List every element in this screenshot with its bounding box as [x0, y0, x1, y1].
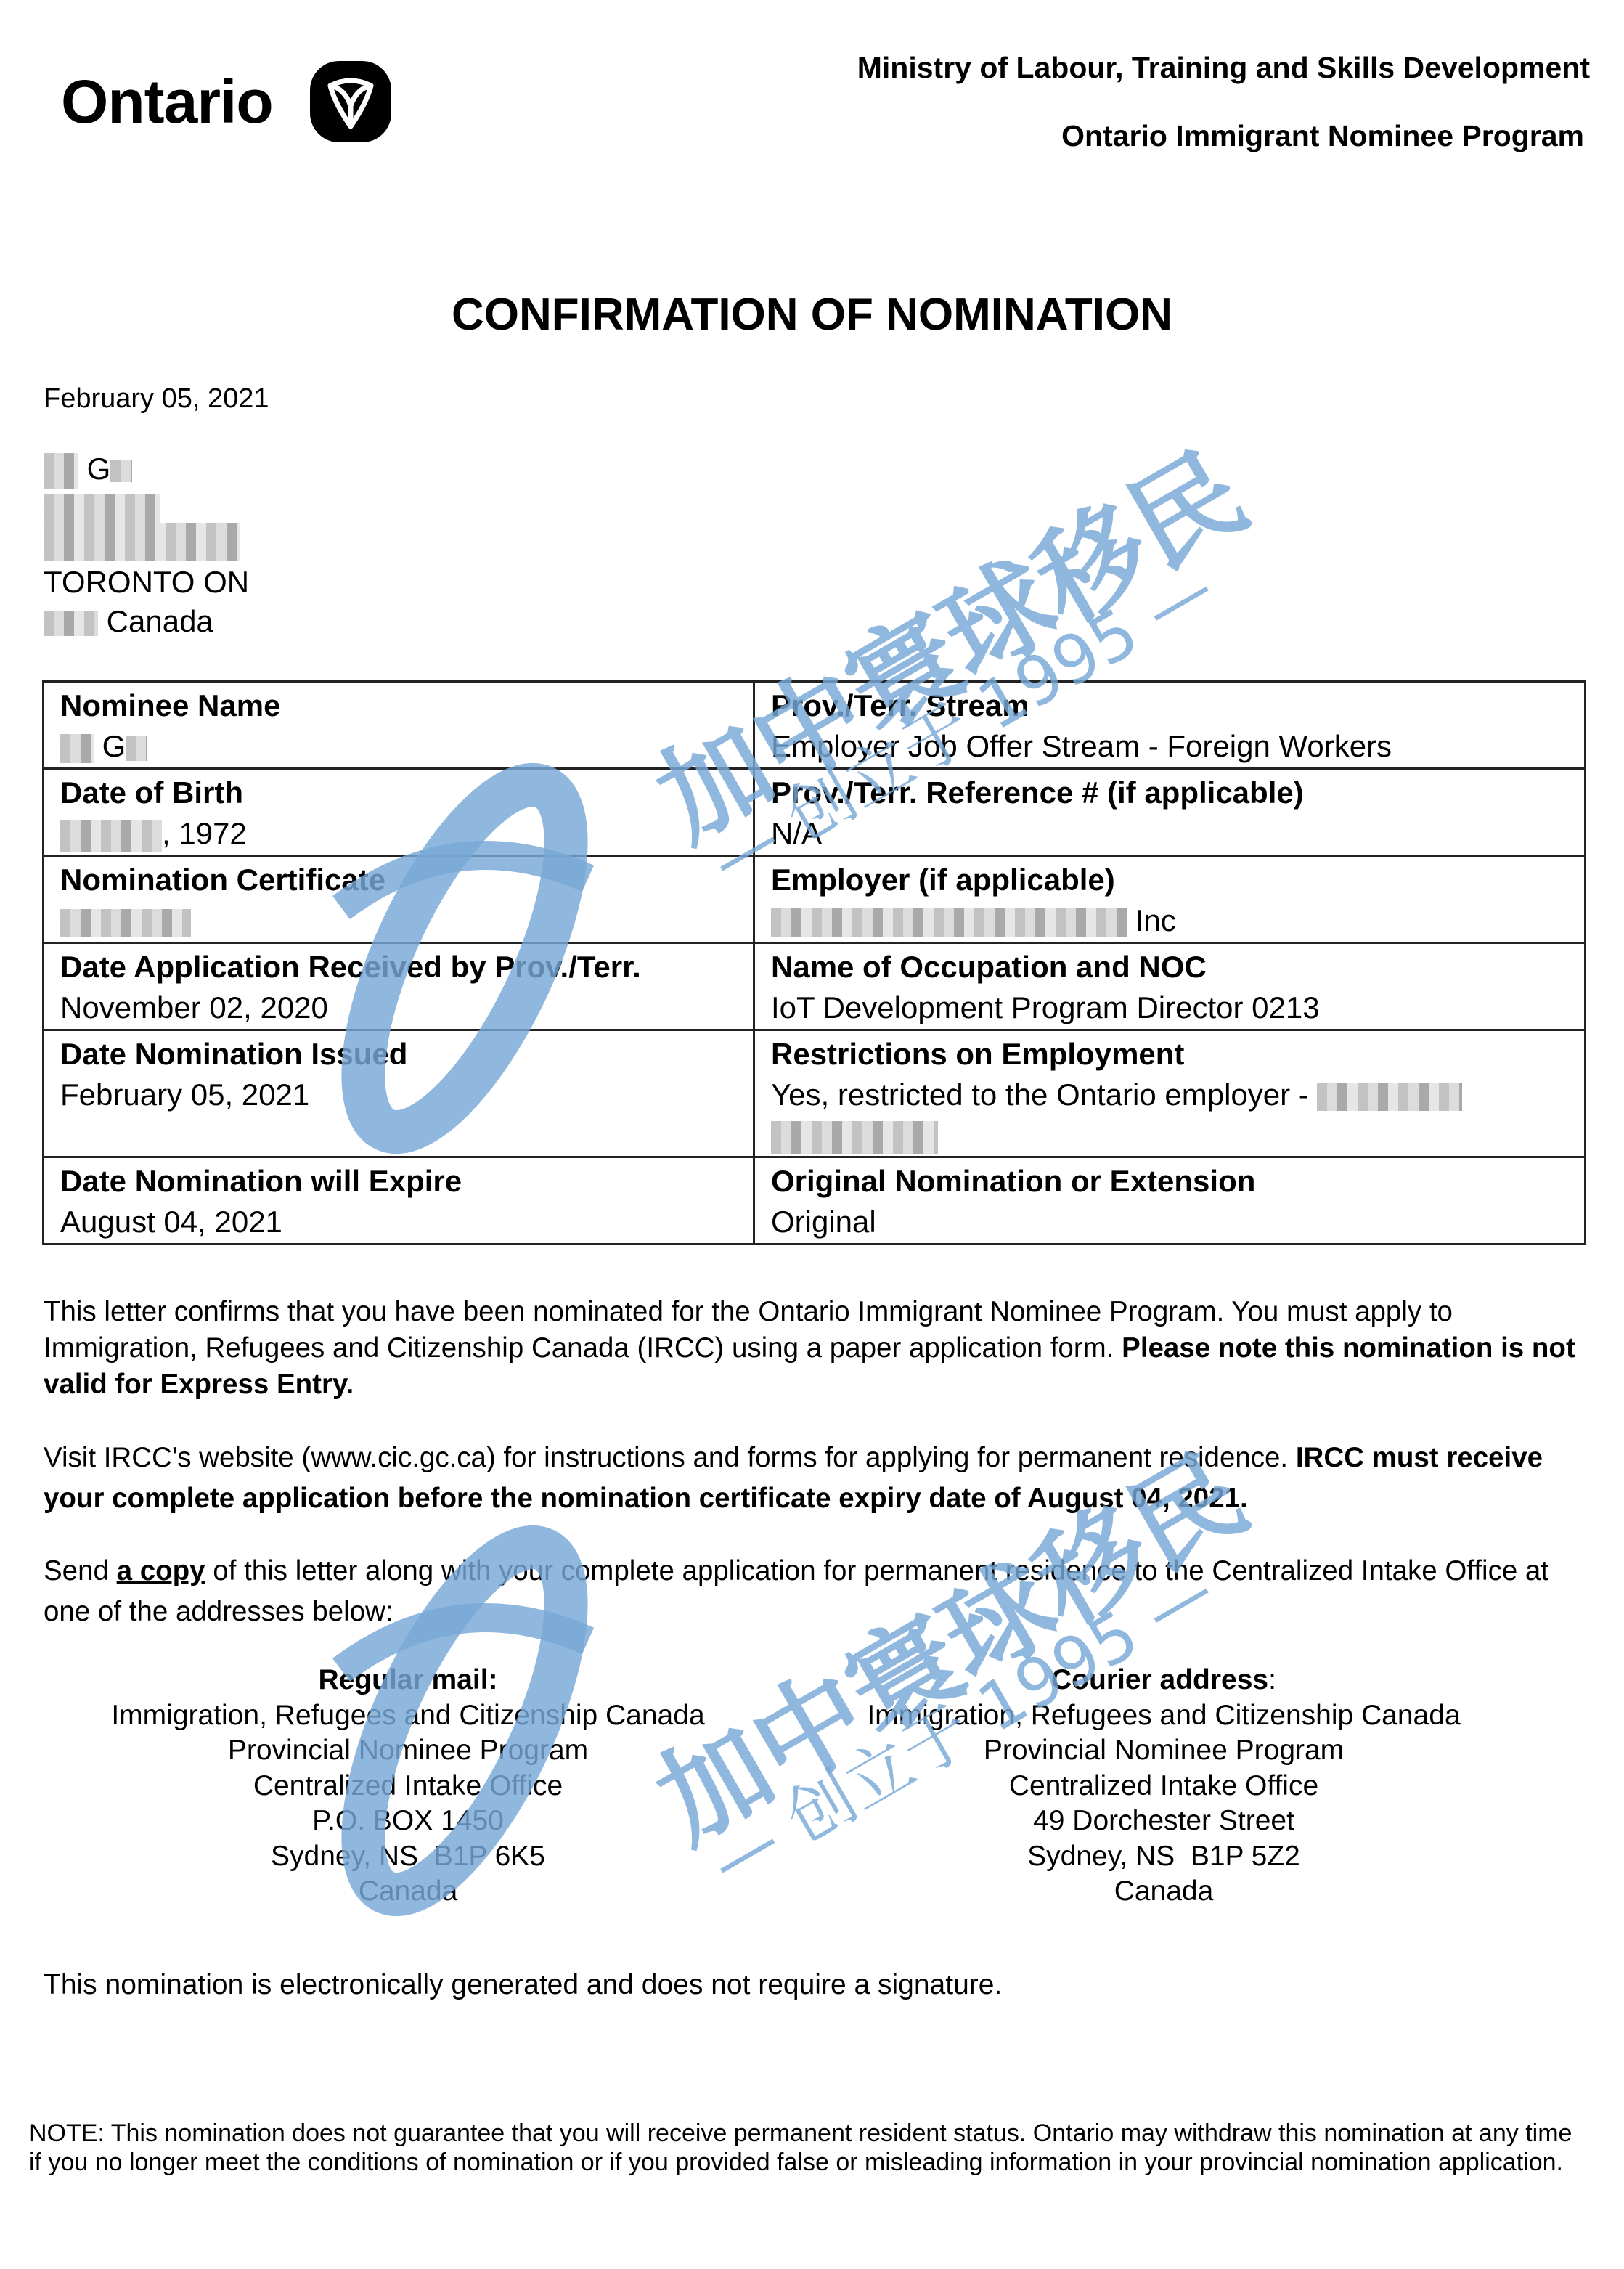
document-title: CONFIRMATION OF NOMINATION: [0, 289, 1624, 341]
ministry-name: Ministry of Labour, Training and Skills …: [857, 51, 1590, 85]
address-line: Immigration, Refugees and Citizenship Ca…: [30, 1698, 786, 1734]
original-or-extension-label: Original Nomination or Extension: [771, 1161, 1568, 1202]
date-of-birth-label: Date of Birth: [60, 773, 737, 813]
nomination-certificate-value: [60, 900, 737, 941]
confirmation-paragraph: This letter confirms that you have been …: [44, 1294, 1583, 1403]
table-row: Date of Birth , 1972 Prov./Terr. Referen…: [44, 769, 1586, 856]
nomination-certificate-label: Nomination Certificate: [60, 860, 737, 900]
redacted-address-line: [44, 494, 160, 523]
table-cell: Date Application Received by Prov./Terr.…: [44, 943, 754, 1030]
nominee-name-label: Nominee Name: [60, 685, 737, 726]
redacted-block: [110, 460, 132, 482]
ontario-logo-text: Ontario: [61, 71, 273, 132]
recipient-country-line: Canada: [44, 604, 213, 639]
nominee-name-value: G: [60, 726, 737, 767]
date-of-birth-value: , 1972: [60, 813, 737, 854]
table-cell: Original Nomination or Extension Origina…: [754, 1157, 1586, 1245]
a-copy-emphasis: a copy: [117, 1555, 205, 1586]
redacted-block: [44, 611, 98, 636]
recipient-name-visible: G: [87, 452, 111, 486]
address-line: Provincial Nominee Program: [30, 1733, 786, 1769]
table-cell: Employer (if applicable) Inc: [754, 856, 1586, 943]
employer-label: Employer (if applicable): [771, 860, 1568, 900]
regular-mail-address: Regular mail: Immigration, Refugees and …: [30, 1663, 786, 1910]
regular-mail-heading: Regular mail:: [30, 1663, 786, 1698]
table-cell: Prov./Terr. Reference # (if applicable) …: [754, 769, 1586, 856]
ontario-trillium-icon: [309, 60, 393, 144]
address-line: Centralized Intake Office: [786, 1769, 1541, 1804]
redacted-block: [44, 453, 78, 489]
recipient-country: Canada: [107, 604, 213, 638]
address-line: Provincial Nominee Program: [786, 1733, 1541, 1769]
address-line: Canada: [786, 1874, 1541, 1910]
table-cell: Name of Occupation and NOC IoT Developme…: [754, 943, 1586, 1030]
restrictions-label: Restrictions on Employment: [771, 1034, 1568, 1075]
table-cell: Date Nomination Issued February 05, 2021: [44, 1030, 754, 1157]
table-cell: Nomination Certificate: [44, 856, 754, 943]
ircc-instructions-paragraph: Visit IRCC's website (www.cic.gc.ca) for…: [44, 1438, 1583, 1519]
table-cell: Nominee Name G: [44, 682, 754, 769]
table-row: Nomination Certificate Employer (if appl…: [44, 856, 1586, 943]
table-cell: Prov./Terr. Stream Employer Job Offer St…: [754, 682, 1586, 769]
electronic-signature-note: This nomination is electronically genera…: [44, 1969, 1002, 2001]
table-cell: Date Nomination will Expire August 04, 2…: [44, 1157, 754, 1245]
courier-heading: Courier address: [1051, 1664, 1268, 1695]
date-nomination-issued-label: Date Nomination Issued: [60, 1034, 737, 1075]
address-line: 49 Dorchester Street: [786, 1804, 1541, 1839]
occupation-noc-label: Name of Occupation and NOC: [771, 947, 1568, 987]
recipient-name: G: [44, 452, 132, 489]
date-nomination-expire-label: Date Nomination will Expire: [60, 1161, 737, 1202]
stream-label: Prov./Terr. Stream: [771, 685, 1568, 726]
legal-note: NOTE: This nomination does not guarantee…: [29, 2119, 1590, 2177]
date-nomination-issued-value: February 05, 2021: [60, 1075, 737, 1115]
redacted-address-line: [44, 523, 240, 561]
address-line: Centralized Intake Office: [30, 1769, 786, 1804]
date-application-received-label: Date Application Received by Prov./Terr.: [60, 947, 737, 987]
program-name: Ontario Immigrant Nominee Program: [1061, 119, 1584, 153]
original-or-extension-value: Original: [771, 1202, 1568, 1242]
courier-address: Courier address: Immigration, Refugees a…: [786, 1663, 1541, 1910]
occupation-noc-value: IoT Development Program Director 0213: [771, 987, 1568, 1028]
table-row: Date Application Received by Prov./Terr.…: [44, 943, 1586, 1030]
restrictions-value: Yes, restricted to the Ontario employer …: [771, 1075, 1568, 1156]
address-line: Sydney, NS B1P 5Z2: [786, 1839, 1541, 1875]
stream-value: Employer Job Offer Stream - Foreign Work…: [771, 726, 1568, 767]
table-row: Nominee Name G Prov./Terr. Stream Employ…: [44, 682, 1586, 769]
table-row: Date Nomination will Expire August 04, 2…: [44, 1157, 1586, 1245]
send-copy-paragraph: Send a copy of this letter along with yo…: [44, 1551, 1583, 1632]
address-line: Canada: [30, 1874, 786, 1910]
employer-value: Inc: [771, 900, 1568, 941]
letter-date: February 05, 2021: [44, 383, 269, 415]
reference-number-label: Prov./Terr. Reference # (if applicable): [771, 773, 1568, 813]
table-cell: Restrictions on Employment Yes, restrict…: [754, 1030, 1586, 1157]
date-application-received-value: November 02, 2020: [60, 987, 737, 1028]
recipient-city: TORONTO ON: [44, 565, 249, 600]
address-line: Immigration, Refugees and Citizenship Ca…: [786, 1698, 1541, 1734]
table-row: Date Nomination Issued February 05, 2021…: [44, 1030, 1586, 1157]
nomination-details-table: Nominee Name G Prov./Terr. Stream Employ…: [42, 680, 1586, 1245]
table-cell: Date of Birth , 1972: [44, 769, 754, 856]
date-nomination-expire-value: August 04, 2021: [60, 1202, 737, 1242]
address-line: Sydney, NS B1P 6K5: [30, 1839, 786, 1875]
reference-number-value: N/A: [771, 813, 1568, 854]
address-line: P.O. BOX 1450: [30, 1804, 786, 1839]
